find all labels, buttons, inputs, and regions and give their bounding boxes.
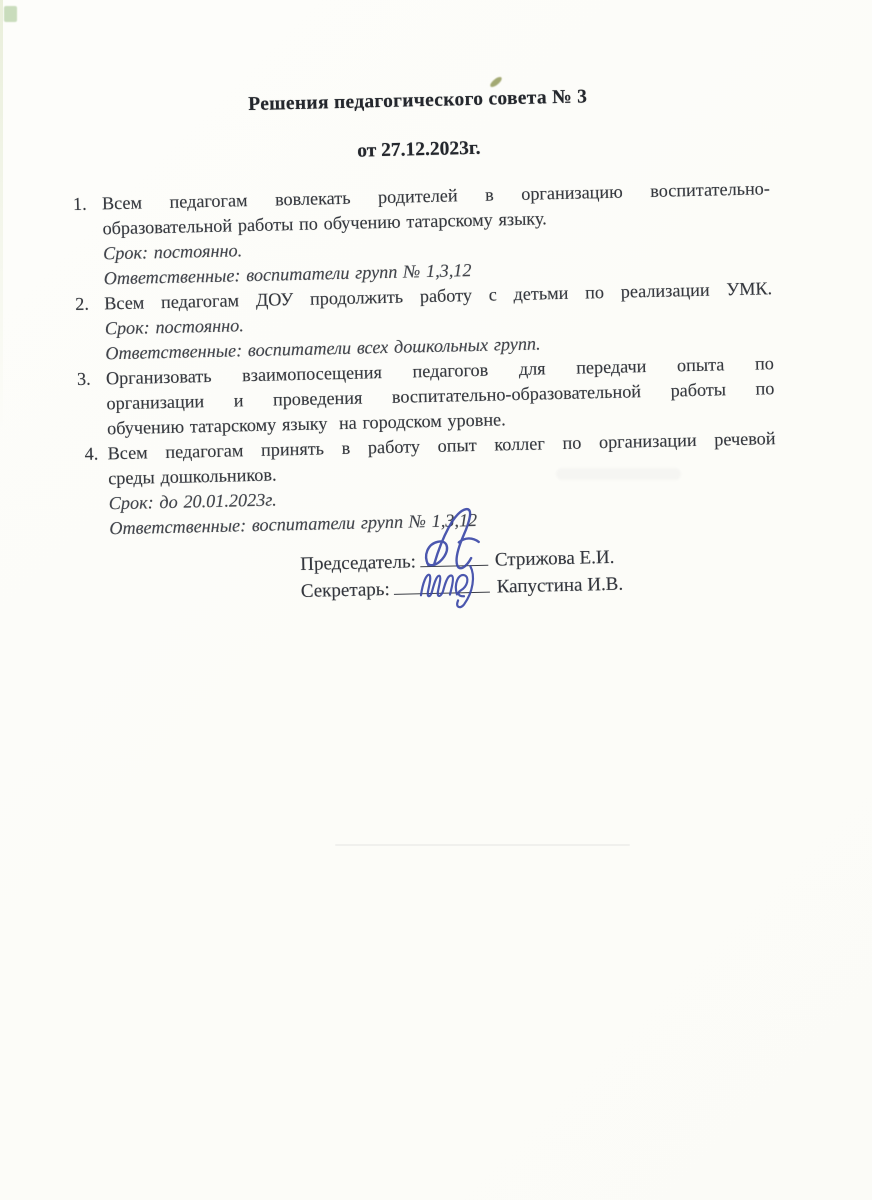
document-content: Решения педагогического совета № 3 от 27…	[68, 82, 779, 610]
signature-line	[420, 551, 488, 568]
decision-list: 1. Всем педагогам вовлекать родителей в …	[70, 176, 778, 542]
secretary-label: Секретарь:	[301, 578, 390, 601]
document-date: от 27.12.2023г.	[69, 131, 769, 169]
secretary-name: Капустина И.В.	[496, 573, 623, 597]
signature-line	[394, 577, 490, 594]
scanned-document-page: Решения педагогического совета № 3 от 27…	[0, 0, 872, 1200]
item-number: 3.	[77, 367, 91, 392]
item-number: 2.	[75, 292, 89, 317]
item-number: 4.	[84, 442, 98, 467]
pen-fleck-mark	[489, 76, 504, 89]
chairman-signature-stroke	[459, 538, 479, 542]
scan-edge-tint	[0, 0, 3, 430]
document-title: Решения педагогического совета № 3	[68, 82, 768, 120]
decision-item-4: 4. Всем педагогам принять в работу опыт …	[75, 426, 777, 542]
scanner-corner-mark	[4, 6, 17, 22]
signature-block: Председатель:Стрижова Е.И. Секретарь:Кап…	[300, 541, 779, 605]
chairman-name: Стрижова Е.И.	[495, 547, 615, 571]
scan-streak	[335, 844, 630, 846]
chairman-label: Председатель:	[300, 551, 416, 575]
decision-item-1: 1. Всем педагогам вовлекать родителей в …	[70, 176, 772, 292]
item-number: 1.	[73, 192, 87, 217]
